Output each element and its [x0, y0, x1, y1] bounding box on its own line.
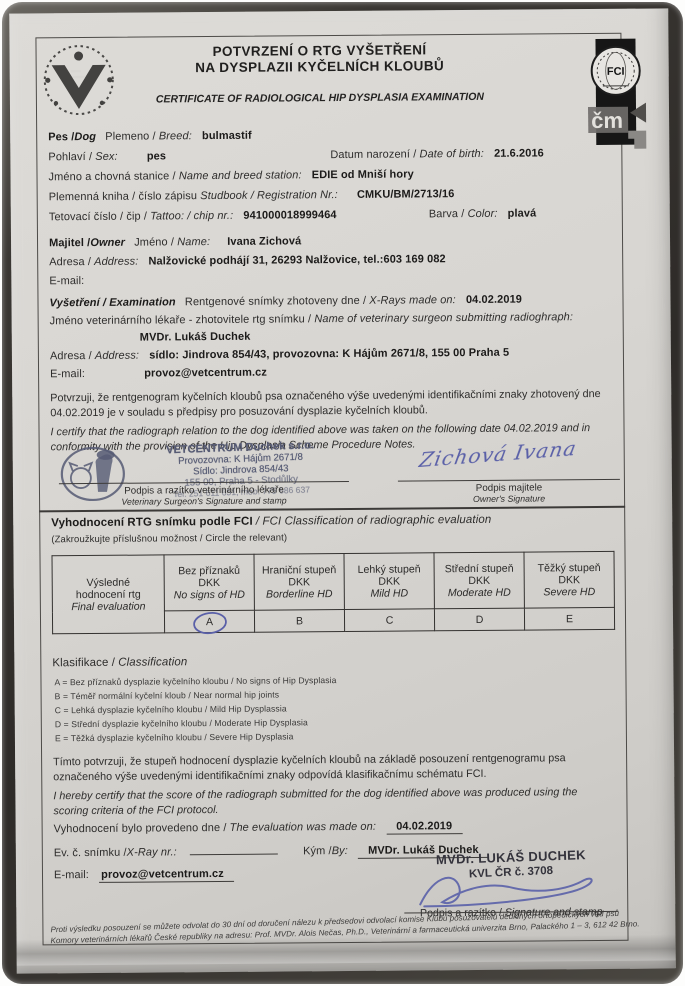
final-eval-line2: hodnocení rtg	[56, 588, 161, 601]
examination-address-label-en: Address:	[95, 350, 139, 362]
letter-c: C	[386, 614, 394, 626]
examination-vet-label-cs: Jméno veterinárního lékaře - zhotovitele…	[50, 313, 312, 327]
owner-section-label-cs: Majitel /	[49, 237, 90, 249]
grade-a-mid: DKK	[168, 576, 251, 589]
owner-email-row: E-mail:	[49, 275, 91, 287]
letter-e: E	[566, 613, 573, 625]
final-signature-scribble	[412, 867, 608, 913]
classification-item-b: B = Téměř normální kyčelní kloub / Near …	[55, 690, 280, 702]
grade-d-en: Moderate HD	[438, 586, 521, 599]
classification-item-d: D = Střední dysplazie kyčelního kloubu /…	[55, 717, 308, 729]
dog-breed-label-en: Breed:	[159, 130, 192, 142]
evaluation-made-row: Vyhodnocení bylo provedeno dne / The eva…	[54, 820, 463, 835]
grade-header-e: Těžký stupeň DKK Severe HD	[524, 551, 614, 608]
dog-name-label-en: Name and breed station:	[179, 169, 302, 182]
by-label-cs: Kým /	[303, 845, 332, 857]
classification-item-e: E = Těžká dysplazie kyčelního kloubu / S…	[55, 731, 294, 743]
dog-chip-value: 941000018999464	[243, 209, 336, 222]
grade-d-cs: Střední stupeň	[438, 562, 521, 575]
evaluation-table: Výsledné hodnocení rtg Final evaluation …	[51, 551, 615, 634]
evaluation-made-label-cs: Vyhodnocení bylo provedeno dne /	[54, 822, 227, 835]
grade-a-cs: Bez příznaků	[168, 564, 251, 577]
owner-name-value: Ivana Zichová	[227, 235, 301, 248]
grade-c-mid: DKK	[348, 575, 431, 588]
dog-section-label-cs: Pes /	[48, 131, 74, 143]
grade-e-en: Severe HD	[528, 585, 611, 598]
evaluation-email-value: provoz@vetcentrum.cz	[99, 868, 234, 883]
dog-sex-label-cs: Pohlaví /	[48, 151, 92, 163]
grade-b-en: Borderline HD	[258, 588, 341, 601]
owner-name-row: Majitel /Owner Jméno / Name: Ivana Zicho…	[49, 235, 301, 249]
dog-breed-label-cs: Plemeno /	[105, 130, 156, 142]
dog-name-label-cs: Jméno a chovná stanice /	[48, 170, 175, 183]
dog-studbook-label-en: Studbook / Registration Nr.:	[200, 189, 338, 202]
evaluation-made-label-en: The evaluation was made on:	[230, 821, 376, 834]
owner-address-value: Nalžovické podhájí 31, 26293 Nalžovice, …	[148, 253, 445, 267]
photo-of-certificate: FCI čm POTVRZENÍ O RTG VYŠETŘENÍ NA DYSP…	[0, 0, 685, 986]
xray-nr-label-cs: Ev. č. snímku /	[54, 847, 127, 860]
dog-breed-value: bulmastif	[202, 130, 252, 142]
dog-chip-label-en: Tattoo: / chip nr.:	[150, 210, 233, 223]
dog-section-label-en: Dog	[74, 131, 96, 143]
dog-color-label-en: Color:	[468, 208, 498, 220]
cmku-logo-icon: čm	[588, 101, 650, 151]
dog-dob-pair: Datum narození / Date of birth: 21.6.201…	[330, 147, 544, 161]
grade-c-en: Mild HD	[348, 587, 431, 600]
owner-email-label: E-mail:	[49, 275, 84, 287]
xray-nr-label-en: X-Ray nr.:	[127, 846, 177, 858]
grade-e-cs: Těžký stupeň	[528, 561, 611, 574]
certificate-document: FCI čm POTVRZENÍ O RTG VYŠETŘENÍ NA DYSP…	[9, 8, 676, 973]
evaluation-made-date: 04.02.2019	[386, 820, 462, 835]
owner-signature: Zichová Ivana	[421, 441, 576, 466]
dog-color-value: plavá	[508, 207, 537, 219]
examination-address-label-cs: Adresa /	[50, 350, 92, 362]
owner-signature-caption-en: Owner's Signature	[398, 493, 620, 505]
fci-heading-en: / FCI Classification of radiographic eva…	[256, 514, 492, 528]
examination-vet-name-value: MVDr. Lukáš Duchek	[140, 331, 251, 344]
final-eval-line3: Final evaluation	[56, 600, 161, 613]
grade-header-d: Střední stupeň DKK Moderate HD	[434, 552, 524, 609]
fci-subheading: (Zakroužkujte příslušnou možnost / Circl…	[51, 532, 287, 545]
grade-c-cs: Lehký stupeň	[348, 563, 431, 576]
dog-studbook-label-cs: Plemenná kniha / číslo zápisu	[49, 190, 198, 203]
statement-cz-1: Potvrzuji, že rentgenogram kyčelních klo…	[50, 387, 602, 421]
grade-letter-b: B	[254, 609, 344, 632]
grade-header-c: Lehký stupeň DKK Mild HD	[344, 553, 434, 610]
dog-breed-row: Pes /Dog Plemeno / Breed: bulmastif	[48, 130, 252, 144]
owner-address-label-en: Address:	[94, 256, 138, 268]
final-eval-line1: Výsledné	[56, 576, 161, 589]
selected-grade-circle-icon	[189, 610, 231, 636]
classification-heading-row: Klasifikace / Classification	[52, 656, 187, 669]
evaluation-table-header-row: Výsledné hodnocení rtg Final evaluation …	[52, 551, 614, 611]
grade-b-cs: Hraniční stupeň	[258, 564, 341, 577]
grade-d-mid: DKK	[438, 574, 521, 587]
dog-color-label-cs: Barva /	[429, 208, 465, 220]
grade-header-b: Hraniční stupeň DKK Borderline HD	[254, 553, 344, 610]
examination-vet-label-en: Name of veterinary surgeon submitting ra…	[314, 311, 573, 325]
svg-text:FCI: FCI	[607, 66, 625, 78]
grade-letter-c: C	[344, 609, 434, 632]
dog-color-pair: Barva / Color: plavá	[429, 207, 537, 220]
dog-chip-row: Tetovací číslo / čip / Tattoo: / chip nr…	[49, 209, 337, 223]
dog-dob-label-cs: Datum narození /	[330, 148, 416, 161]
classification-heading-cs: Klasifikace /	[52, 657, 115, 669]
examination-email-row: E-mail: provoz@vetcentrum.cz	[50, 367, 267, 381]
evaluation-email-label: E-mail:	[54, 869, 89, 881]
grade-b-mid: DKK	[258, 576, 341, 589]
examination-email-value: provoz@vetcentrum.cz	[144, 367, 267, 380]
letter-d: D	[476, 613, 484, 625]
grade-letter-a: A	[164, 610, 254, 633]
by-label-en: By:	[332, 845, 348, 857]
examination-email-label: E-mail:	[50, 368, 85, 380]
grade-letter-e: E	[524, 607, 614, 630]
fci-heading-cs: Vyhodnocení RTG snímku podle FCI	[51, 516, 253, 530]
examination-xray-date: 04.02.2019	[466, 294, 522, 306]
evaluation-table-first-cell: Výsledné hodnocení rtg Final evaluation	[52, 555, 165, 634]
dog-dob-value: 21.6.2016	[494, 147, 544, 159]
examination-vet-name-row: MVDr. Lukáš Duchek	[140, 331, 251, 344]
examination-xray-label-cs: Rentgenové snímky zhotoveny dne /	[185, 295, 366, 308]
owner-name-label-cs: Jméno /	[134, 236, 174, 248]
examination-section-label-en: Examination	[109, 296, 176, 309]
svg-text:čm: čm	[591, 108, 623, 133]
examination-section-label-cs: Vyšetření /	[49, 297, 106, 309]
fci-logo-icon: FCI	[590, 45, 642, 97]
xray-nr-blank-field	[190, 845, 278, 856]
dog-dob-label-en: Date of birth:	[419, 148, 483, 161]
dog-studbook-value: CMKU/BM/2713/16	[357, 188, 455, 201]
evaluation-email-row: E-mail: provoz@vetcentrum.cz	[54, 868, 234, 881]
grade-letter-d: D	[434, 608, 524, 631]
statement-cz-2: Tímto potvrzuji, že stupeň hodnocení dys…	[53, 751, 605, 785]
classification-item-c: C = Lehká dysplazie kyčelního kloubu / M…	[55, 703, 287, 715]
owner-section-label-en: Owner	[90, 237, 125, 249]
dog-sex-row: Pohlaví / Sex: pes Datum narození / Date…	[48, 150, 166, 163]
letter-b: B	[296, 615, 303, 627]
dog-sex-value: pes	[147, 150, 166, 162]
classification-heading-en: Classification	[118, 656, 187, 669]
owner-address-label-cs: Adresa /	[49, 256, 91, 268]
examination-xray-label-en: X-Rays made on:	[369, 294, 456, 307]
statement-en-2: I hereby certify that the score of the r…	[53, 785, 605, 819]
grade-header-a: Bez příznaků DKK No signs of HD	[164, 554, 254, 611]
dog-name-value: EDIE od Mniší hory	[312, 168, 414, 181]
dog-sex-label-en: Sex:	[95, 151, 118, 163]
owner-name-label-en: Name:	[177, 236, 210, 248]
dog-chip-label-cs: Tetovací číslo / čip /	[49, 211, 147, 224]
grade-e-mid: DKK	[528, 573, 611, 586]
grade-a-en: No signs of HD	[168, 588, 251, 601]
